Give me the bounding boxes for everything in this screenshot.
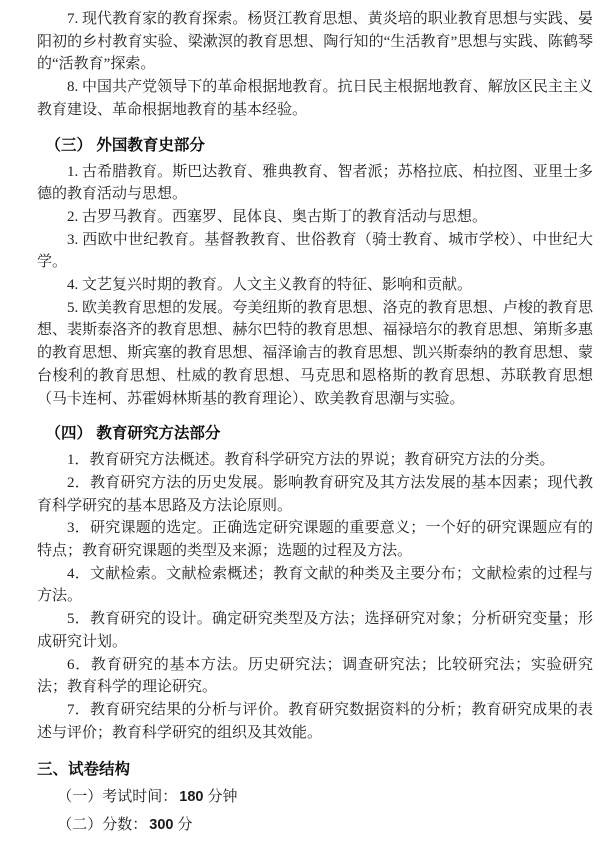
section-heading-paper-structure: 三、试卷结构 — [37, 758, 593, 781]
exam-time-unit: 分钟 — [207, 789, 237, 805]
paragraph-revolutionary-base-education: 8. 中国共产党领导下的革命根据地教育。抗日民主根据地教育、解放区民主主义教育建… — [37, 76, 593, 121]
research-methods-item-5: 5．教育研究的设计。确定研究类型及方法；选择研究对象；分析研究变量；形成研究计划… — [37, 608, 593, 653]
score-label: （二）分数： — [57, 817, 147, 833]
exam-time-label: （一）考试时间： — [57, 789, 177, 805]
foreign-history-item-4: 4. 文艺复兴时期的教育。人文主义教育的特征、影响和贡献。 — [37, 274, 593, 297]
section-heading-foreign-education-history: （三） 外国教育史部分 — [37, 134, 593, 157]
score-unit: 分 — [177, 817, 192, 833]
document-text-block: 7. 现代教育家的教育探索。杨贤江教育思想、黄炎培的职业教育思想与实践、晏阳初的… — [37, 8, 593, 837]
research-methods-item-7: 7．教育研究结果的分析与评价。教育研究数据资料的分析；教育研究成果的表述与评价；… — [37, 699, 593, 744]
score-line: （二）分数：300分 — [37, 814, 593, 837]
foreign-history-item-1: 1. 古希腊教育。斯巴达教育、雅典教育、智者派；苏格拉底、柏拉图、亚里士多德的教… — [37, 161, 593, 206]
research-methods-item-1: 1．教育研究方法概述。教育科学研究方法的界说；教育研究方法的分类。 — [37, 449, 593, 472]
exam-time-value: 180 — [179, 789, 203, 805]
research-methods-item-3: 3．研究课题的选定。正确选定研究课题的重要意义；一个好的研究课题应有的特点；教育… — [37, 517, 593, 562]
score-value: 300 — [149, 817, 173, 833]
foreign-history-item-3: 3. 西欧中世纪教育。基督教教育、世俗教育（骑士教育、城市学校）、中世纪大学。 — [37, 229, 593, 274]
exam-time-line: （一）考试时间：180分钟 — [37, 786, 593, 809]
research-methods-item-6: 6．教育研究的基本方法。历史研究法；调查研究法；比较研究法；实验研究法；教育科学… — [37, 654, 593, 699]
research-methods-item-2: 2．教育研究方法的历史发展。影响教育研究及其方法发展的基本因素；现代教育科学研究… — [37, 472, 593, 517]
document-page: 7. 现代教育家的教育探索。杨贤江教育思想、黄炎培的职业教育思想与实践、晏阳初的… — [0, 0, 602, 841]
paragraph-modern-educators: 7. 现代教育家的教育探索。杨贤江教育思想、黄炎培的职业教育思想与实践、晏阳初的… — [37, 8, 593, 76]
section-heading-research-methods: （四） 教育研究方法部分 — [37, 422, 593, 445]
foreign-history-item-5: 5. 欧美教育思想的发展。夸美纽斯的教育思想、洛克的教育思想、卢梭的教育思想、裴… — [37, 297, 593, 411]
research-methods-item-4: 4．文献检索。文献检索概述；教育文献的种类及主要分布；文献检索的过程与方法。 — [37, 563, 593, 608]
foreign-history-item-2: 2. 古罗马教育。西塞罗、昆体良、奥古斯丁的教育活动与思想。 — [37, 206, 593, 229]
